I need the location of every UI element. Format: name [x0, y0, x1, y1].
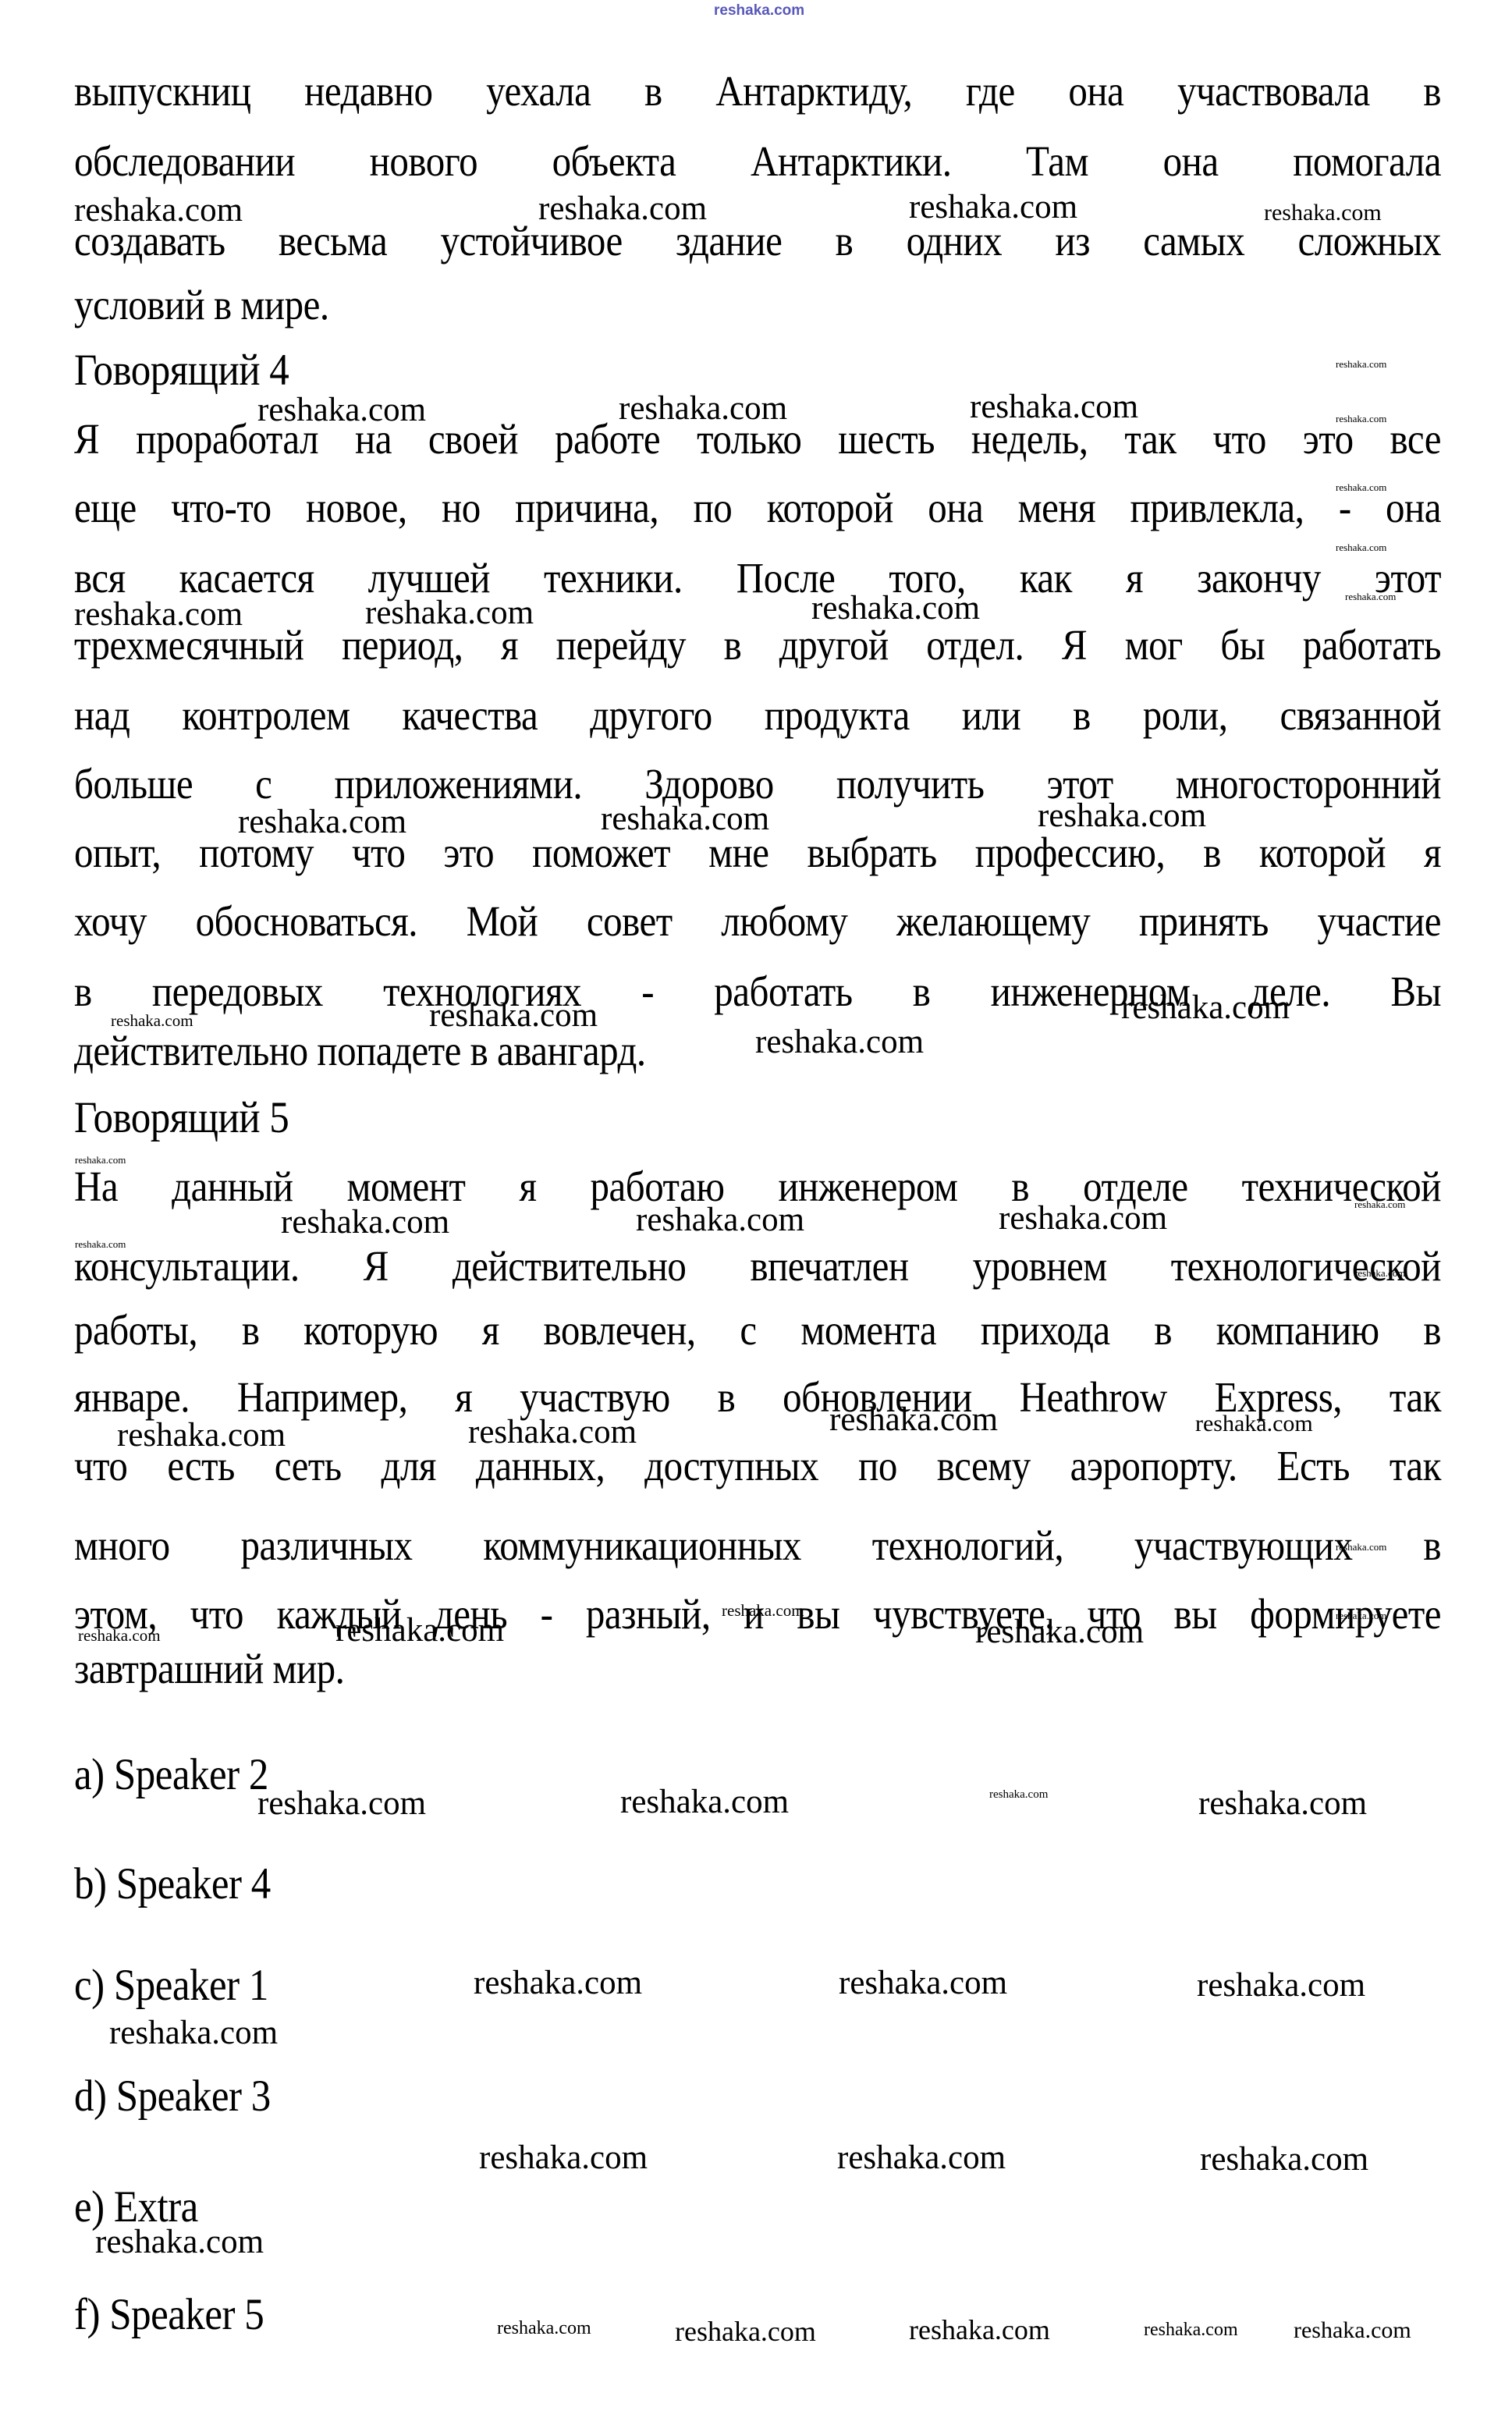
answer-option: d) Speaker 3: [74, 2074, 1441, 2121]
text-line: работы, в которую я вовлечен, с момента …: [74, 1308, 1441, 1353]
document-page: reshaka.comreshaka.comreshaka.comreshaka…: [0, 0, 1512, 2425]
text-line: много различных коммуникационных техноло…: [74, 1523, 1441, 1568]
answer-option: f) Speaker 5: [74, 2292, 1441, 2339]
text-line: январе. Например, я участвую в обновлени…: [74, 1375, 1441, 1420]
text-line: трехмесячный период, я перейду в другой …: [74, 623, 1441, 668]
speaker-heading: Говорящий 5: [74, 1095, 1441, 1142]
text-line: консультации. Я действительно впечатлен …: [74, 1244, 1441, 1289]
text-line: выпускниц недавно уехала в Антарктиду, г…: [74, 69, 1441, 114]
text-line: На данный момент я работаю инженером в о…: [74, 1164, 1441, 1209]
text-line: в передовых технологиях - работать в инж…: [74, 969, 1441, 1014]
answer-option: c) Speaker 1: [74, 1963, 1441, 2010]
text-line: что есть сеть для данных, доступных по в…: [74, 1443, 1441, 1489]
text-line: этом, что каждый день - разный, и вы чув…: [74, 1592, 1441, 1637]
text-line: хочу обосноваться. Мой совет любому жела…: [74, 899, 1441, 944]
text-line: условий в мире.: [74, 282, 1441, 328]
text-line: вся касается лучшей техники. После того,…: [74, 556, 1441, 601]
text-line: создавать весьма устойчивое здание в одн…: [74, 218, 1441, 264]
text-line: больше с приложениями. Здорово получить …: [74, 762, 1441, 807]
text-line: обследовании нового объекта Антарктики. …: [74, 139, 1441, 184]
speaker-heading: Говорящий 4: [74, 348, 1441, 395]
answer-option: b) Speaker 4: [74, 1862, 1441, 1908]
text-line: действительно попадете в авангард.: [74, 1028, 1441, 1074]
text-line: Я проработал на своей работе только шест…: [74, 417, 1441, 462]
text-line: опыт, потому что это поможет мне выбрать…: [74, 830, 1441, 875]
text-line: над контролем качества другого продукта …: [74, 693, 1441, 738]
answer-option: a) Speaker 2: [74, 1752, 1441, 1799]
text-line: завтрашний мир.: [74, 1646, 1441, 1692]
text-layer: выпускниц недавно уехала в Антарктиду, г…: [0, 0, 1512, 2425]
text-line: еще что-то новое, но причина, по которой…: [74, 485, 1441, 531]
answer-option: e) Extra: [74, 2185, 1441, 2231]
